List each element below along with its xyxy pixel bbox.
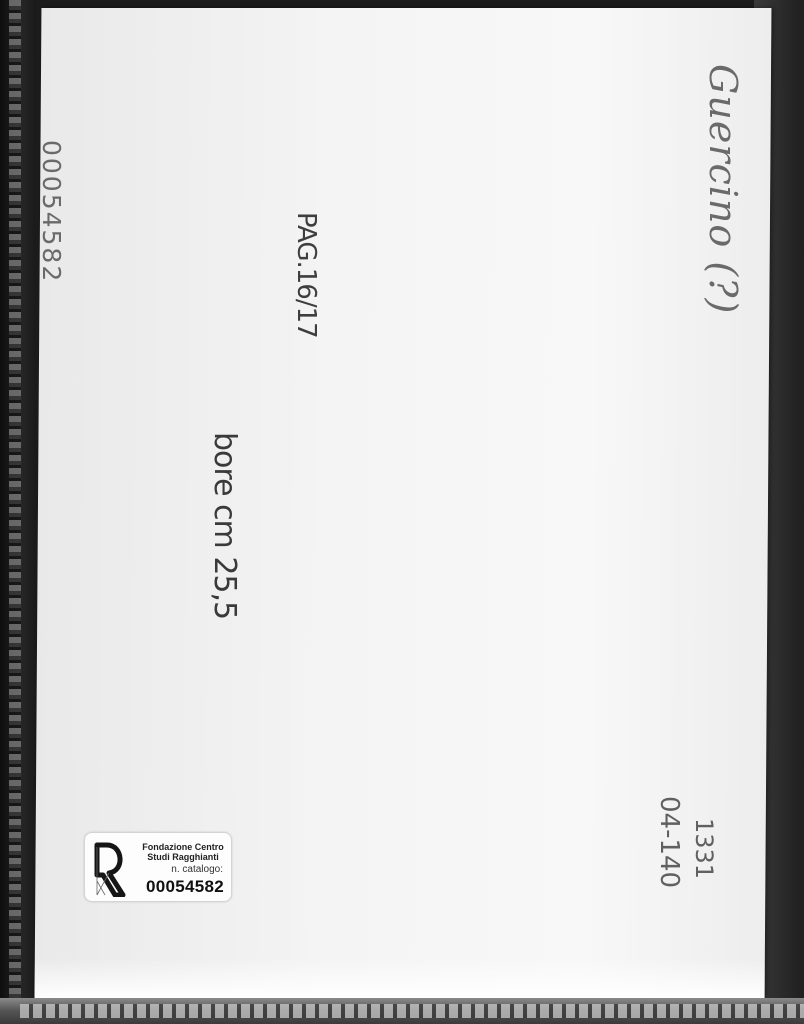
catalog-caption: n. catalogo: — [171, 864, 223, 875]
handwritten-page-reference: PAG.16/17 — [291, 212, 321, 338]
handwritten-code-top: 1331 — [690, 818, 718, 879]
handwritten-size-note: bore cm 25,5 — [207, 432, 242, 619]
org-line-1: Fondazione Centro — [137, 842, 229, 852]
handwritten-code-bottom: 04-140 — [654, 796, 684, 888]
sheet-edge — [35, 958, 765, 998]
org-line-2: Studi Ragghianti — [137, 852, 229, 862]
binder-strip-left — [0, 0, 36, 1024]
binder-holes — [9, 0, 21, 1024]
catalog-label: Fondazione Centro Studi Ragghianti n. ca… — [84, 832, 232, 902]
handwritten-artist-name: Guercino (?) — [701, 64, 745, 314]
binder-strip-bottom — [0, 998, 804, 1024]
label-organization: Fondazione Centro Studi Ragghianti — [137, 842, 229, 862]
catalog-number: 00054582 — [146, 877, 224, 897]
binder-holes-bottom — [20, 1004, 804, 1018]
ragghianti-logo-icon — [93, 841, 127, 897]
handwritten-catalog-number: 00054582 — [37, 140, 66, 283]
